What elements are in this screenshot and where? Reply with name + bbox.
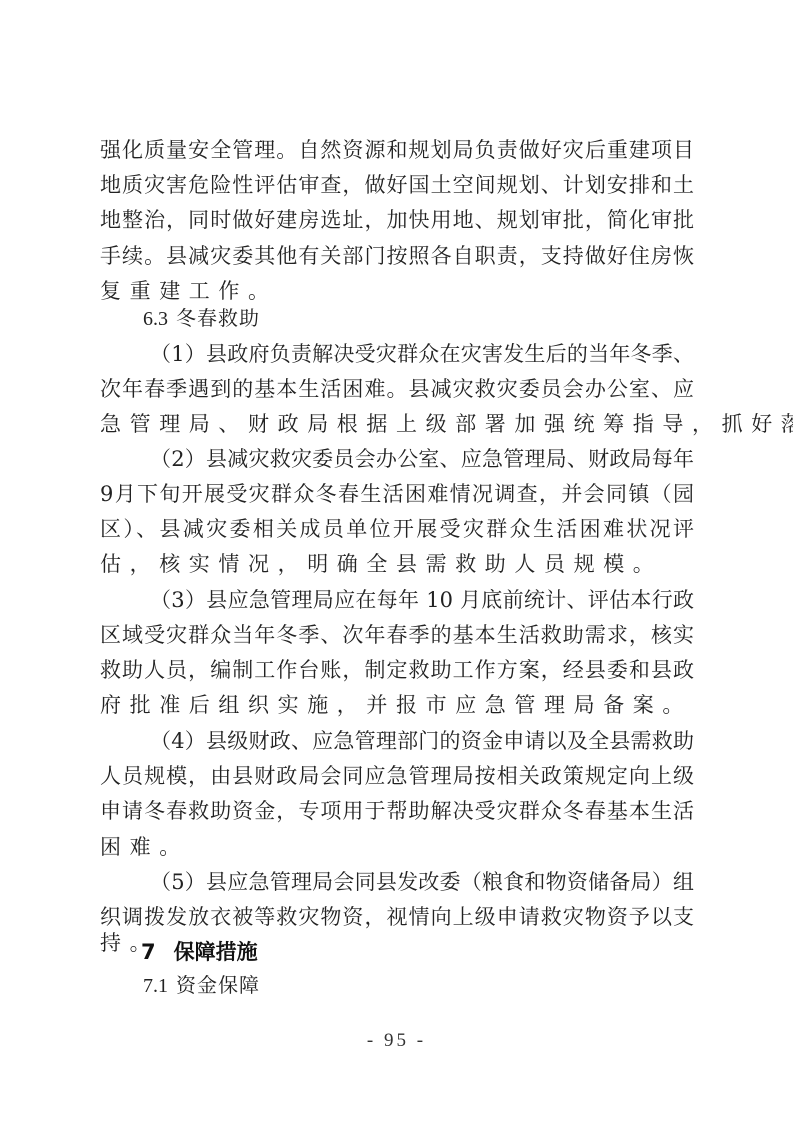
text-line: 人员规模，由县财政局会同应急管理局按相关政策规定向上级: [100, 761, 694, 791]
text-line: 区域受灾群众当年冬季、次年春季的基本生活救助需求，核实: [100, 620, 694, 650]
text-line: 急管理局、财政局根据上级部署加强统筹指导，抓好落实。: [100, 409, 700, 439]
text-line: 救助人员，编制工作台账，制定救助工作方案，经县委和县政: [100, 655, 694, 685]
text-line: 地整治，同时做好建房选址，加快用地、规划审批，简化审批: [100, 205, 694, 235]
text-line: 次年春季遇到的基本生活困难。县减灾救灾委员会办公室、应: [100, 374, 694, 404]
page-number: - 95 -: [0, 1030, 793, 1052]
text-line: 地质灾害危险性评估审查，做好国土空间规划、计划安排和土: [100, 170, 694, 200]
document-page: 强化质量安全管理。自然资源和规划局负责做好灾后重建项目 地质灾害危险性评估审查，…: [0, 0, 793, 1122]
text-line: 困难。: [100, 832, 700, 862]
text-line: 估，核实情况，明确全县需救助人员规模。: [100, 549, 700, 579]
section-heading-6-3: 6.3冬春救助: [143, 303, 260, 333]
section-number: 6.3: [143, 308, 168, 330]
section-number: 7.1: [143, 975, 168, 997]
text-line: 强化质量安全管理。自然资源和规划局负责做好灾后重建项目: [100, 135, 694, 165]
text-line: 区）、县减灾委相关成员单位开展受灾群众生活困难状况评: [100, 514, 694, 544]
text-line: 9月下旬开展受灾群众冬春生活困难情况调查，并会同镇（园: [100, 479, 694, 509]
section-title: 冬春救助: [176, 306, 260, 330]
text-line: （1）县政府负责解决受灾群众在灾害发生后的当年冬季、: [150, 339, 694, 369]
section-heading-7-1: 7.1资金保障: [143, 970, 260, 1000]
text-line: （4）县级财政、应急管理部门的资金申请以及全县需救助: [150, 726, 694, 756]
section-title: 资金保障: [176, 973, 260, 997]
text-line: 申请冬春救助资金，专项用于帮助解决受灾群众冬春基本生活: [100, 796, 694, 826]
text-line: （5）县应急管理局会同县发改委（粮食和物资储备局）组: [150, 867, 694, 897]
text-line: （3）县应急管理局应在每年 10 月底前统计、评估本行政: [150, 585, 694, 615]
text-line: 府批准后组织实施，并报市应急管理局备案。: [100, 690, 700, 720]
section-heading-7: 7保障措施: [141, 936, 258, 968]
text-line: 复重建工作。: [100, 276, 700, 306]
section-number: 7: [141, 940, 156, 964]
text-line: 手续。县减灾委其他有关部门按照各自职责，支持做好住房恢: [100, 241, 694, 271]
section-title: 保障措施: [174, 940, 258, 964]
text-line: （2）县减灾救灾委员会办公室、应急管理局、财政局每年: [150, 444, 694, 474]
